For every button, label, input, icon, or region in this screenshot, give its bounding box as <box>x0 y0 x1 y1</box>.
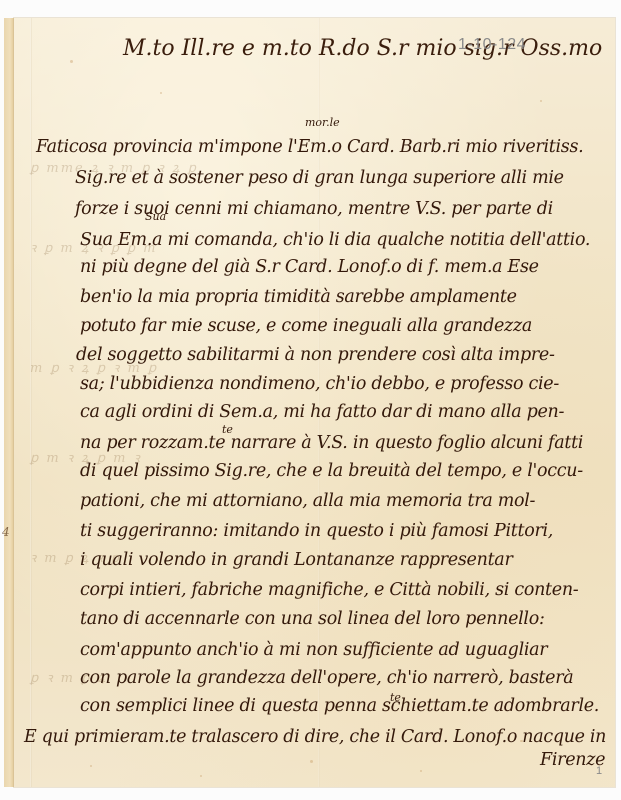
foxing-spot <box>420 770 422 772</box>
letter-line: Faticosa provincia m'impone l'Em.o Card.… <box>36 137 583 157</box>
foxing-spot <box>540 100 542 102</box>
margin-mark: 4 <box>2 525 10 539</box>
letter-line: con parole la grandezza dell'opere, ch'i… <box>80 668 573 688</box>
foxing-spot <box>200 775 202 777</box>
foxing-spot <box>90 765 92 767</box>
letter-line: potuto far mie scuse, e come ineguali al… <box>80 316 532 336</box>
letter-line: Sua Em.a mi comanda, ch'io li dia qualch… <box>80 230 590 250</box>
letter-line: i quali volendo in grandi Lontananze rap… <box>80 550 513 570</box>
foxing-spot <box>310 760 313 763</box>
letter-line: ca agli ordini di Sem.a, mi ha fatto dar… <box>80 402 564 422</box>
letter-line: sa; l'ubbidienza nondimeno, ch'io debbo,… <box>80 374 559 394</box>
foxing-spot <box>70 60 73 63</box>
letter-line: ben'io la mia propria timidità sarebbe a… <box>80 287 517 307</box>
manuscript-scan: ꝑ mme ꝝ ꝛ m ꝑ ꝛ ꝝ ꝑ ꝛ ꝑ m ꝝ ꝛ ꝑ ꝑ m m ꝑ … <box>0 0 621 800</box>
letter-line: pationi, che mi attorniano, alla mia mem… <box>80 491 535 511</box>
letter-line: corpi intieri, fabriche magnifiche, e Ci… <box>80 580 578 600</box>
archive-number: 1-10-124 <box>458 36 526 54</box>
letter-line: Sig.re et à sostener peso di gran lunga … <box>75 168 564 188</box>
letter-line: del soggetto sabilitarmi à non prendere … <box>76 345 555 365</box>
letter-line: E qui primieram.te tralascero di dire, c… <box>24 727 606 747</box>
letter-line: na per rozzam.te narrare à V.S. in quest… <box>80 433 583 453</box>
letter-line: di quel pissimo Sig.re, che e la breuità… <box>80 461 583 481</box>
salutation: M.to Ill.re e m.to R.do S.r mio sig.r Os… <box>123 36 602 61</box>
interlinear-note: mor.le <box>305 116 340 129</box>
letter-line: ni più degne del già S.r Card. Lonof.o d… <box>80 257 539 277</box>
letter-line: forze i suoi cenni mi chiamano, mentre V… <box>75 199 553 219</box>
letter-line: com'appunto anch'io à mi non sufficiente… <box>80 640 547 660</box>
letter-line: tano di accennarle con una sol linea del… <box>80 609 545 629</box>
foxing-spot <box>160 92 162 94</box>
letter-line: ti suggeriranno: imitando in questo i pi… <box>80 521 553 541</box>
letter-line: con semplici linee di questa penna schie… <box>80 696 599 716</box>
page-number: 1 <box>596 765 602 777</box>
